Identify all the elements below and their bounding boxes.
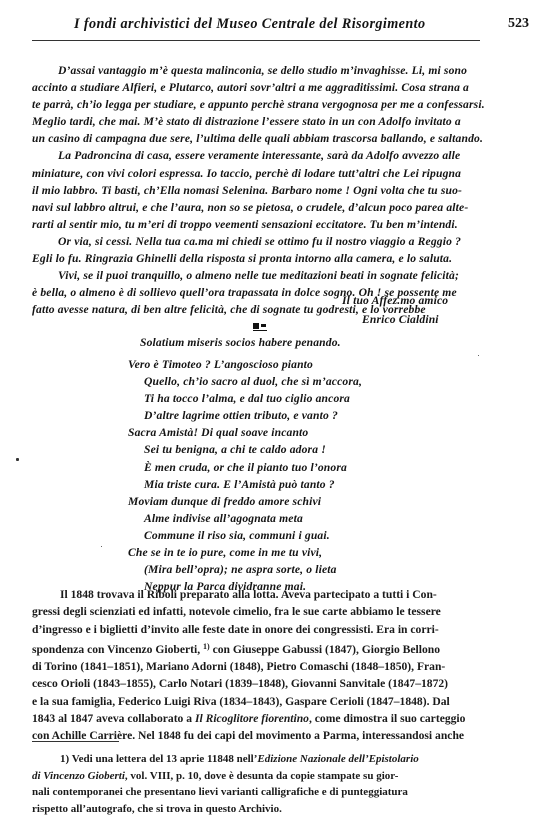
text-line: e la sua famiglia, Federico Luigi Riva (… (32, 693, 481, 710)
text-line: rarti al sentir mio, tu m’eri di troppo … (32, 216, 481, 233)
ornament-underline (253, 330, 267, 331)
text-line: di Vincenzo Gioberti, vol. VIII, p. 10, … (32, 768, 481, 785)
letter-closing: Il tuo Affez.mo amico (342, 292, 448, 309)
running-head: I fondi archivistici del Museo Centrale … (32, 14, 482, 38)
letter-signature: Enrico Cialdini (362, 311, 439, 328)
text-segment: , vol. VIII, p. 10, dove è desunta da co… (125, 770, 399, 782)
poem-verse: (Mira bell’opra); ne aspra sorte, o liet… (128, 561, 362, 578)
poem-verse: Ti ha tocco l’alma, e dal tuo ciglio anc… (128, 390, 362, 407)
text-line: nali contemporanei che presentano lievi … (32, 784, 481, 801)
poem: Vero è Timoteo ? L’angoscioso pianto Que… (128, 356, 362, 595)
poem-epigraph: Solatium miseris socios habere penando. (140, 334, 341, 351)
letter-paragraph: Or via, si cessi. Nella tua ca.ma mi chi… (32, 233, 481, 267)
ornament-block (253, 323, 259, 329)
ornament-dash (261, 324, 266, 327)
text-segment: , come dimostra il suo carteggio (309, 712, 465, 725)
footnote: 1) Vedi una lettera del 13 aprie 11848 n… (32, 751, 481, 817)
text-line: Egli lo fu. Ringrazia Ghinelli della ris… (32, 250, 481, 267)
running-title: I fondi archivistici del Museo Centrale … (74, 16, 425, 33)
text-line: D’assai vantaggio m’è questa malinconia,… (32, 62, 481, 79)
body-paragraph: Il 1848 trovava il Riboli preparato alla… (32, 586, 481, 745)
poem-verse: D’altre lagrime ottien tributo, e vanto … (128, 407, 362, 424)
poem-verse: È men cruda, or che il pianto tuo l’onor… (128, 459, 362, 476)
text-segment: con Giuseppe Gabussi (1847), Giorgio Bel… (213, 643, 440, 656)
periodical-title: Il Ricoglitore fiorentino (195, 712, 309, 725)
text-line: Meglio tardi, che mai. M’è stato di dist… (32, 113, 481, 130)
footnote-marker: 1) (60, 753, 69, 765)
text-line: il mio labbro. Ti basti, ch’Ella nomasi … (32, 182, 481, 199)
poem-verse: Commune il riso sia, communi i guai. (128, 527, 362, 544)
text-line: cesco Orioli (1843–1855), Carlo Notari (… (32, 675, 481, 692)
text-line: con Achille Carrière. Nel 1848 fu dei ca… (32, 727, 481, 744)
poem-verse: Sacra Amistà! Di qual soave incanto (128, 424, 362, 441)
scan-speck (16, 458, 19, 461)
text-line: rispetto all’autografo, che si trova in … (32, 801, 481, 818)
poem-verse: Che se in te io pure, come in me tu vivi… (128, 544, 362, 561)
header-rule (32, 40, 480, 41)
text-line: te parrà, ch’io legga per studiare, e ap… (32, 96, 481, 113)
text-line: Vivi, se il puoi tranquillo, o almeno ne… (32, 267, 481, 284)
poem-verse: Quello, ch’io sacro al duol, che sì m’ac… (128, 373, 362, 390)
text-line: di Torino (1841–1851), Mariano Adorni (1… (32, 658, 481, 675)
text-segment: Vedi una lettera del 13 aprie 11848 nell… (72, 753, 258, 765)
scan-speck (478, 355, 479, 356)
letter-paragraph: D’assai vantaggio m’è questa malinconia,… (32, 62, 481, 147)
document-page: I fondi archivistici del Museo Centrale … (0, 0, 550, 826)
footnote-reference[interactable]: 1) (203, 642, 210, 651)
poem-verse: Sei tu benigna, a chi te caldo adora ! (128, 441, 362, 458)
poem-verse: Vero è Timoteo ? L’angoscioso pianto (128, 356, 362, 373)
footnote-rule (32, 741, 119, 742)
text-line: La Padroncina di casa, essere veramente … (32, 147, 481, 164)
text-line: 1) Vedi una lettera del 13 aprie 11848 n… (32, 751, 481, 768)
scan-speck (101, 546, 102, 547)
text-segment: 1843 al 1847 aveva collaborato a (32, 712, 192, 725)
poem-verse: Alme indivise all’agognata meta (128, 510, 362, 527)
text-line: gressi degli scienziati ed infatti, note… (32, 603, 481, 620)
text-line: navi sul labbro altrui, e che l’aura, no… (32, 199, 481, 216)
text-line: accinto a studiare Alfieri, e Plutarco, … (32, 79, 481, 96)
text-line: d’ingresso e i biglietti d’invito alle f… (32, 621, 481, 638)
text-line: 1843 al 1847 aveva collaborato a Il Rico… (32, 710, 481, 727)
text-line: un casino di campagna due sere, l’ultima… (32, 130, 481, 147)
text-line: Or via, si cessi. Nella tua ca.ma mi chi… (32, 233, 481, 250)
ornament-mark (253, 323, 271, 331)
cited-title: di Vincenzo Gioberti (32, 770, 125, 782)
poem-verse: Mia triste cura. E l’Amistà può tanto ? (128, 476, 362, 493)
poem-verse: Moviam dunque di freddo amore schivi (128, 493, 362, 510)
cited-title: Edizione Nazionale dell’Epistolario (257, 753, 418, 765)
text-line: miniature, con vivi colori espressa. Io … (32, 165, 481, 182)
letter-paragraph: La Padroncina di casa, essere veramente … (32, 147, 481, 232)
text-line: Il 1848 trovava il Riboli preparato alla… (32, 586, 481, 603)
text-segment: spondenza con Vincenzo Gioberti, (32, 643, 200, 656)
text-line: spondenza con Vincenzo Gioberti, 1) con … (32, 638, 481, 658)
page-number: 523 (508, 16, 529, 32)
letter-text: D’assai vantaggio m’è questa malinconia,… (32, 62, 481, 318)
